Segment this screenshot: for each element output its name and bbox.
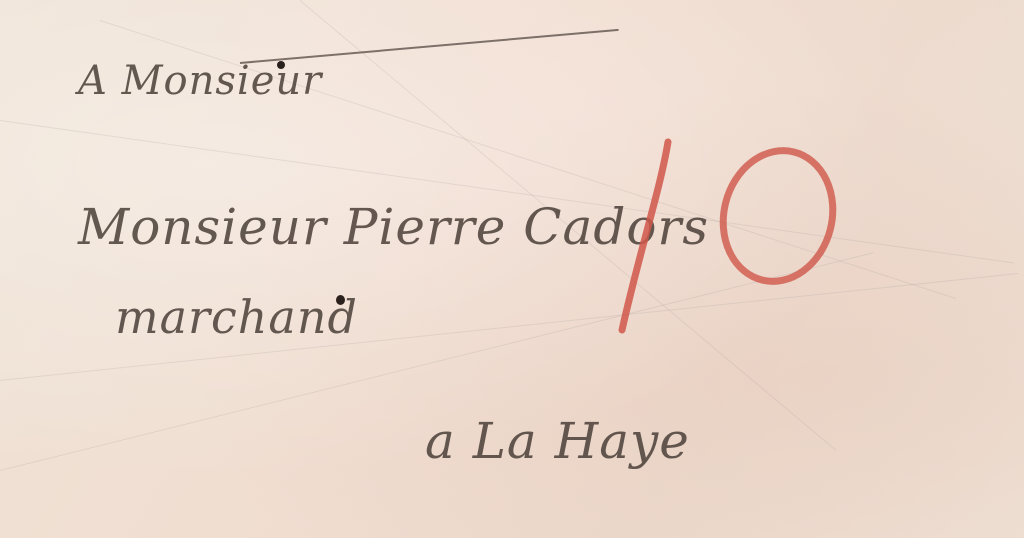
salutation-line: A Monsieur <box>78 58 322 104</box>
postage-rate-marking <box>600 130 860 350</box>
occupation-line: marchand <box>115 290 358 344</box>
letter-cover: A Monsieur Monsieur Pierre Cadors marcha… <box>0 0 1024 538</box>
ink-blot <box>336 295 345 305</box>
flourish-stroke <box>240 29 619 64</box>
ink-blot <box>277 61 285 69</box>
destination-line: a La Haye <box>425 412 690 470</box>
